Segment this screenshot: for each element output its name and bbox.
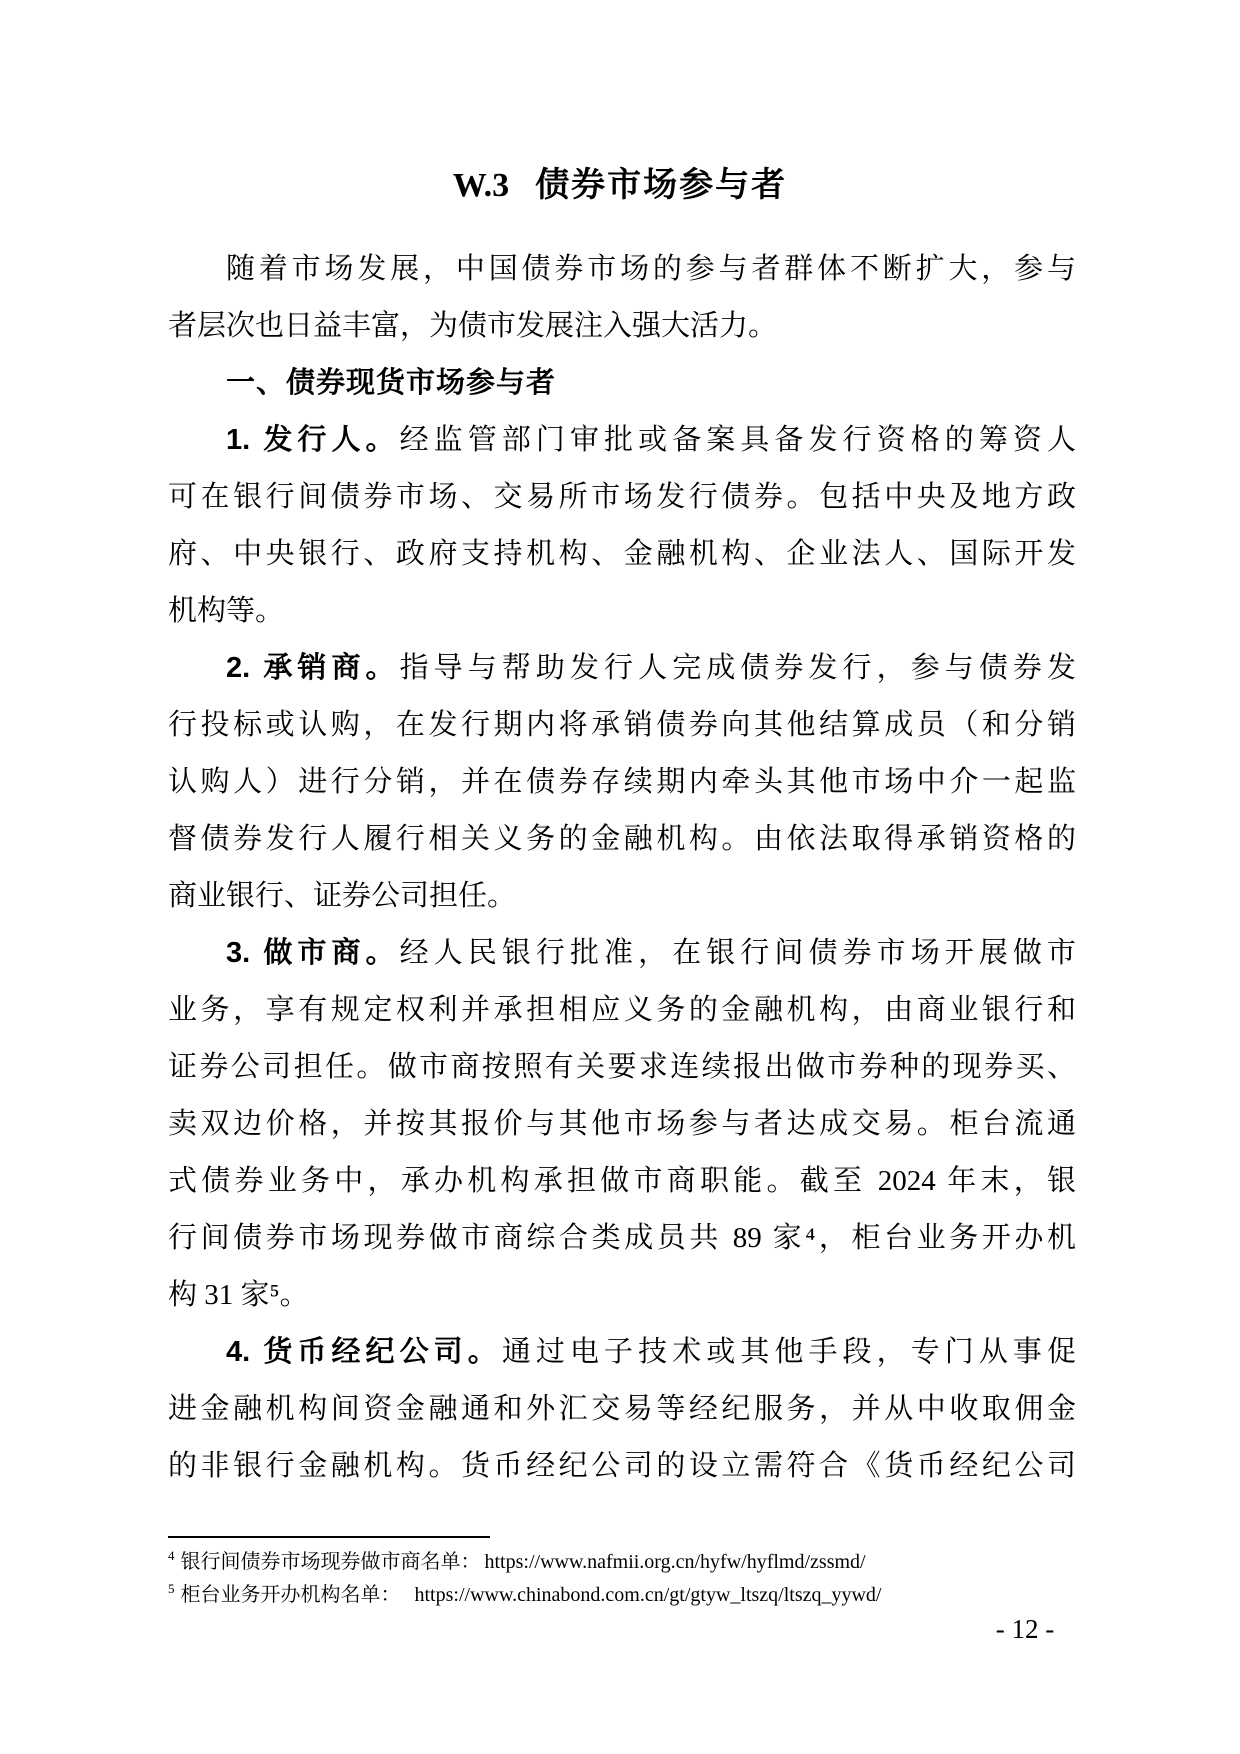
- para-marketmaker-line-4: 卖双边价格，并按其报价与其他市场参与者达成交易。柜台流通: [168, 1096, 1076, 1153]
- document-page: { "title": { "section_number": "W.3", "s…: [0, 0, 1240, 1754]
- section-number: W.3: [453, 167, 509, 204]
- para-issuer-text: 经监管部门审批或备案具备发行资格的筹资人: [400, 424, 1076, 456]
- page-number: - 12 -: [975, 1612, 1075, 1646]
- footnote-5-url[interactable]: https://www.chinabond.com.cn/gt/gtyw_lts…: [415, 1584, 882, 1606]
- para-issuer-line-3: 府、中央银行、政府支持机构、金融机构、企业法人、国际开发: [168, 526, 1076, 583]
- footnote-4-url[interactable]: https://www.nafmii.org.cn/hyfw/hyflmd/zs…: [485, 1551, 866, 1573]
- footnotes: 4银行间债券市场现券做市商名单：https://www.nafmii.org.c…: [168, 1536, 1076, 1612]
- footnote-5: 5柜台业务开办机构名单：https://www.chinabond.com.cn…: [168, 1579, 1076, 1612]
- para-marketmaker-line-3: 证券公司担任。做市商按照有关要求连续报出做市券种的现券买、: [168, 1039, 1076, 1096]
- para-issuer-lead: 1. 发行人。: [226, 424, 400, 456]
- footnote-4-marker: 4: [168, 1548, 175, 1563]
- para-marketmaker-line-5: 式债券业务中，承办机构承担做市商职能。截至 2024 年末，银: [168, 1153, 1076, 1210]
- para-marketmaker-line-2: 业务，享有规定权利并承担相应义务的金融机构，由商业银行和: [168, 982, 1076, 1039]
- para-issuer-line-4: 机构等。: [168, 583, 1076, 640]
- para-marketmaker-text: 经人民银行批准，在银行间债券市场开展做市: [400, 937, 1076, 969]
- para-marketmaker-line-6: 行间债券市场现券做市商综合类成员共 89 家⁴，柜台业务开办机: [168, 1210, 1076, 1267]
- footnote-4: 4银行间债券市场现券做市商名单：https://www.nafmii.org.c…: [168, 1546, 1076, 1579]
- document-body: 随着市场发展，中国债券市场的参与者群体不断扩大，参与 者层次也日益丰富，为债市发…: [168, 241, 1076, 1495]
- para-issuer-line-1: 1. 发行人。经监管部门审批或备案具备发行资格的筹资人: [168, 412, 1076, 469]
- para-marketmaker-line-7: 构 31 家⁵。: [168, 1267, 1076, 1324]
- footnote-4-text: 银行间债券市场现券做市商名单：: [181, 1551, 481, 1573]
- para-moneybroker-line-2: 进金融机构间资金融通和外汇交易等经纪服务，并从中收取佣金: [168, 1381, 1076, 1438]
- intro-line-2: 者层次也日益丰富，为债市发展注入强大活力。: [168, 298, 1076, 355]
- para-moneybroker-line-1: 4. 货币经纪公司。通过电子技术或其他手段，专门从事促: [168, 1324, 1076, 1381]
- para-underwriter-line-1: 2. 承销商。指导与帮助发行人完成债券发行，参与债券发: [168, 640, 1076, 697]
- para-underwriter-text: 指导与帮助发行人完成债券发行，参与债券发: [400, 652, 1076, 684]
- para-marketmaker-lead: 3. 做市商。: [226, 937, 400, 969]
- para-issuer-line-2: 可在银行间债券市场、交易所市场发行债券。包括中央及地方政: [168, 469, 1076, 526]
- para-moneybroker-lead: 4. 货币经纪公司。: [226, 1336, 502, 1368]
- section-name: 债券市场参与者: [535, 166, 787, 204]
- footnote-separator: [168, 1536, 490, 1538]
- para-underwriter-line-3: 认购人）进行分销，并在债券存续期内牵头其他市场中介一起监: [168, 754, 1076, 811]
- para-underwriter-line-4: 督债券发行人履行相关义务的金融机构。由依法取得承销资格的: [168, 811, 1076, 868]
- footnote-5-marker: 5: [168, 1581, 175, 1596]
- para-underwriter-line-2: 行投标或认购，在发行期内将承销债券向其他结算成员（和分销: [168, 697, 1076, 754]
- intro-line-1: 随着市场发展，中国债券市场的参与者群体不断扩大，参与: [168, 241, 1076, 298]
- para-underwriter-line-5: 商业银行、证券公司担任。: [168, 868, 1076, 925]
- footnote-5-text: 柜台业务开办机构名单：: [181, 1584, 401, 1606]
- page-title: W.3债券市场参与者: [0, 163, 1240, 208]
- para-marketmaker-line-1: 3. 做市商。经人民银行批准，在银行间债券市场开展做市: [168, 925, 1076, 982]
- para-underwriter-lead: 2. 承销商。: [226, 652, 400, 684]
- para-moneybroker-text: 通过电子技术或其他手段，专门从事促: [502, 1336, 1076, 1368]
- section-heading: 一、债券现货市场参与者: [168, 355, 1076, 412]
- para-moneybroker-line-3: 的非银行金融机构。货币经纪公司的设立需符合《货币经纪公司: [168, 1438, 1076, 1495]
